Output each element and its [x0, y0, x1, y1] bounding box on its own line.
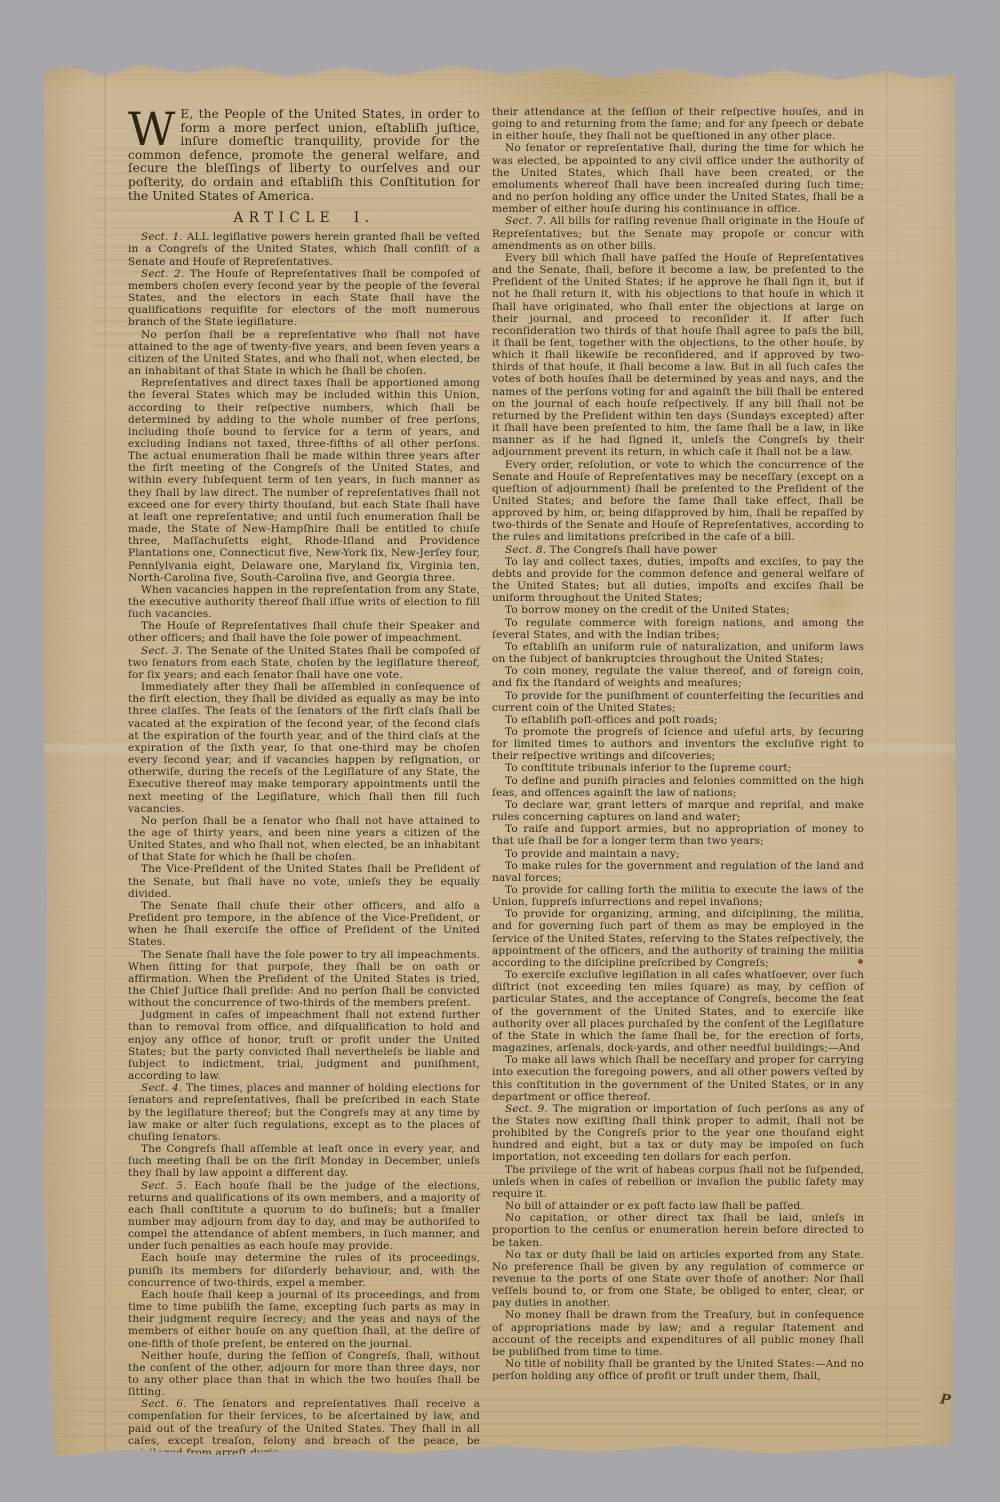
section-start-paragraph: Sect. 3. The Senate of the United States…	[128, 645, 480, 681]
paragraph: No title of nobility ſhall be granted by…	[492, 1358, 864, 1382]
fold-crease-vertical	[104, 56, 106, 1458]
section-label: Sect. 4.	[141, 1082, 186, 1094]
section-start-paragraph: Sect. 7. All bills for raiſing revenue ſ…	[492, 215, 864, 251]
section-label: Sect. 3.	[141, 645, 187, 657]
paragraph: The Congreſs ſhall aſſemble at leaſt onc…	[128, 1143, 480, 1179]
section-start-paragraph: Sect. 8. The Congreſs ſhall have power	[492, 544, 864, 556]
paragraph: When vacancies happen in the repreſentat…	[128, 584, 480, 620]
paragraph: To make rules for the government and reg…	[492, 860, 864, 884]
paragraph: No money ſhall be drawn from the Treaſur…	[492, 1309, 864, 1358]
paragraph: Neither houſe, during the ſeſſion of Con…	[128, 1350, 480, 1399]
photo-background: WE, the People of the United States, in …	[0, 0, 1000, 1502]
paragraph: To eſtabliſh an uniform rule of naturali…	[492, 641, 864, 665]
paragraph: To provide for calling forth the militia…	[492, 884, 864, 908]
paragraph: Every order, reſolution, or vote to whic…	[492, 459, 864, 544]
paragraph: To conſtitute tribunals inferior to the …	[492, 762, 864, 774]
left-column-paragraphs: Sect. 1. ALL legiſlative powers herein g…	[128, 231, 480, 1459]
article-heading: ARTICLE I.	[128, 212, 480, 224]
paragraph: The Houſe of Repreſentatives ſhall chuſe…	[128, 620, 480, 644]
paragraph: To declare war, grant letters of marque …	[492, 799, 864, 823]
paragraph: To borrow money on the credit of the Uni…	[492, 604, 864, 616]
paragraph: No perſon ſhall be a ſenator who ſhall n…	[128, 815, 480, 864]
paragraph: To provide for the puniſhment of counter…	[492, 690, 864, 714]
section-label: Sect. 1.	[141, 231, 187, 243]
paragraph: To coin money, regulate the value thereo…	[492, 665, 864, 689]
section-start-paragraph: Sect. 1. ALL legiſlative powers herein g…	[128, 231, 480, 267]
section-start-paragraph: Sect. 9. The migration or importation of…	[492, 1103, 864, 1164]
paragraph: Every bill which ſhall have paſſed the H…	[492, 252, 864, 459]
preamble-text: E, the People of the United States, in o…	[128, 107, 480, 203]
section-label: Sect. 8.	[505, 544, 550, 556]
paragraph: Immediately after they ſhall be aſſemble…	[128, 681, 480, 815]
paragraph: To promote the progreſs of ſcience and u…	[492, 726, 864, 762]
document-page: WE, the People of the United States, in …	[40, 56, 958, 1458]
section-label: Sect. 5.	[141, 1180, 194, 1192]
paragraph: The Vice-Preſident of the United States …	[128, 863, 480, 899]
paragraph: To lay and collect taxes, duties, impoſt…	[492, 556, 864, 605]
paragraph: their attendance at the ſeſſion of their…	[492, 106, 864, 142]
section-label: Sect. 9.	[505, 1103, 553, 1115]
paragraph: To regulate commerce with foreign nation…	[492, 617, 864, 641]
paragraph: No tax or duty ſhall be laid on articles…	[492, 1249, 864, 1310]
paragraph: To make all laws which ſhall be neceſſar…	[492, 1054, 864, 1103]
paragraph: Each houſe may determine the rules of it…	[128, 1252, 480, 1288]
fold-crease-vertical	[886, 56, 888, 1458]
paragraph: Each houſe ſhall keep a journal of its p…	[128, 1289, 480, 1350]
section-label: Sect. 2.	[141, 268, 190, 280]
paragraph: The Senate ſhall have the ſole power to …	[128, 949, 480, 1010]
preamble: WE, the People of the United States, in …	[128, 108, 480, 203]
paragraph: No perſon ſhall be a repreſentative who …	[128, 329, 480, 378]
section-start-paragraph: Sect. 5. Each houſe ſhall be the judge o…	[128, 1180, 480, 1253]
paragraph: To raiſe and ſupport armies, but no appr…	[492, 823, 864, 847]
paragraph: To define and puniſh piracies and feloni…	[492, 775, 864, 799]
section-start-paragraph: Sect. 4. The times, places and manner of…	[128, 1082, 480, 1143]
paragraph: No bill of attainder or ex poſt facto la…	[492, 1200, 864, 1212]
paragraph: To provide and maintain a navy;	[492, 848, 864, 860]
paragraph: Repreſentatives and direct taxes ſhall b…	[128, 377, 480, 584]
paragraph: No capitation, or other direct tax ſhall…	[492, 1212, 864, 1248]
paragraph: To provide for organizing, arming, and d…	[492, 908, 864, 969]
printers-mark: P	[939, 1391, 952, 1408]
section-start-paragraph: Sect. 2. The Houſe of Repreſentatives ſh…	[128, 268, 480, 329]
paragraph: To eſtabliſh poſt-offices and poſt roads…	[492, 714, 864, 726]
preamble-dropcap: W	[128, 108, 180, 147]
section-start-paragraph: Sect. 6. The ſenators and repreſentative…	[128, 1398, 480, 1459]
left-column: WE, the People of the United States, in …	[128, 108, 480, 1459]
paragraph: The privilege of the writ of habeas corp…	[492, 1164, 864, 1200]
paragraph: The Senate ſhall chuſe their other offic…	[128, 900, 480, 949]
right-column: their attendance at the ſeſſion of their…	[492, 106, 864, 1382]
paragraph: No ſenator or repreſentative ſhall, duri…	[492, 142, 864, 215]
paragraph: Judgment in caſes of impeachment ſhall n…	[128, 1009, 480, 1082]
right-column-paragraphs: their attendance at the ſeſſion of their…	[492, 106, 864, 1382]
paragraph: To exerciſe excluſive legiſlation in all…	[492, 969, 864, 1054]
section-label: Sect. 6.	[141, 1398, 194, 1410]
section-label: Sect. 7.	[505, 215, 550, 227]
